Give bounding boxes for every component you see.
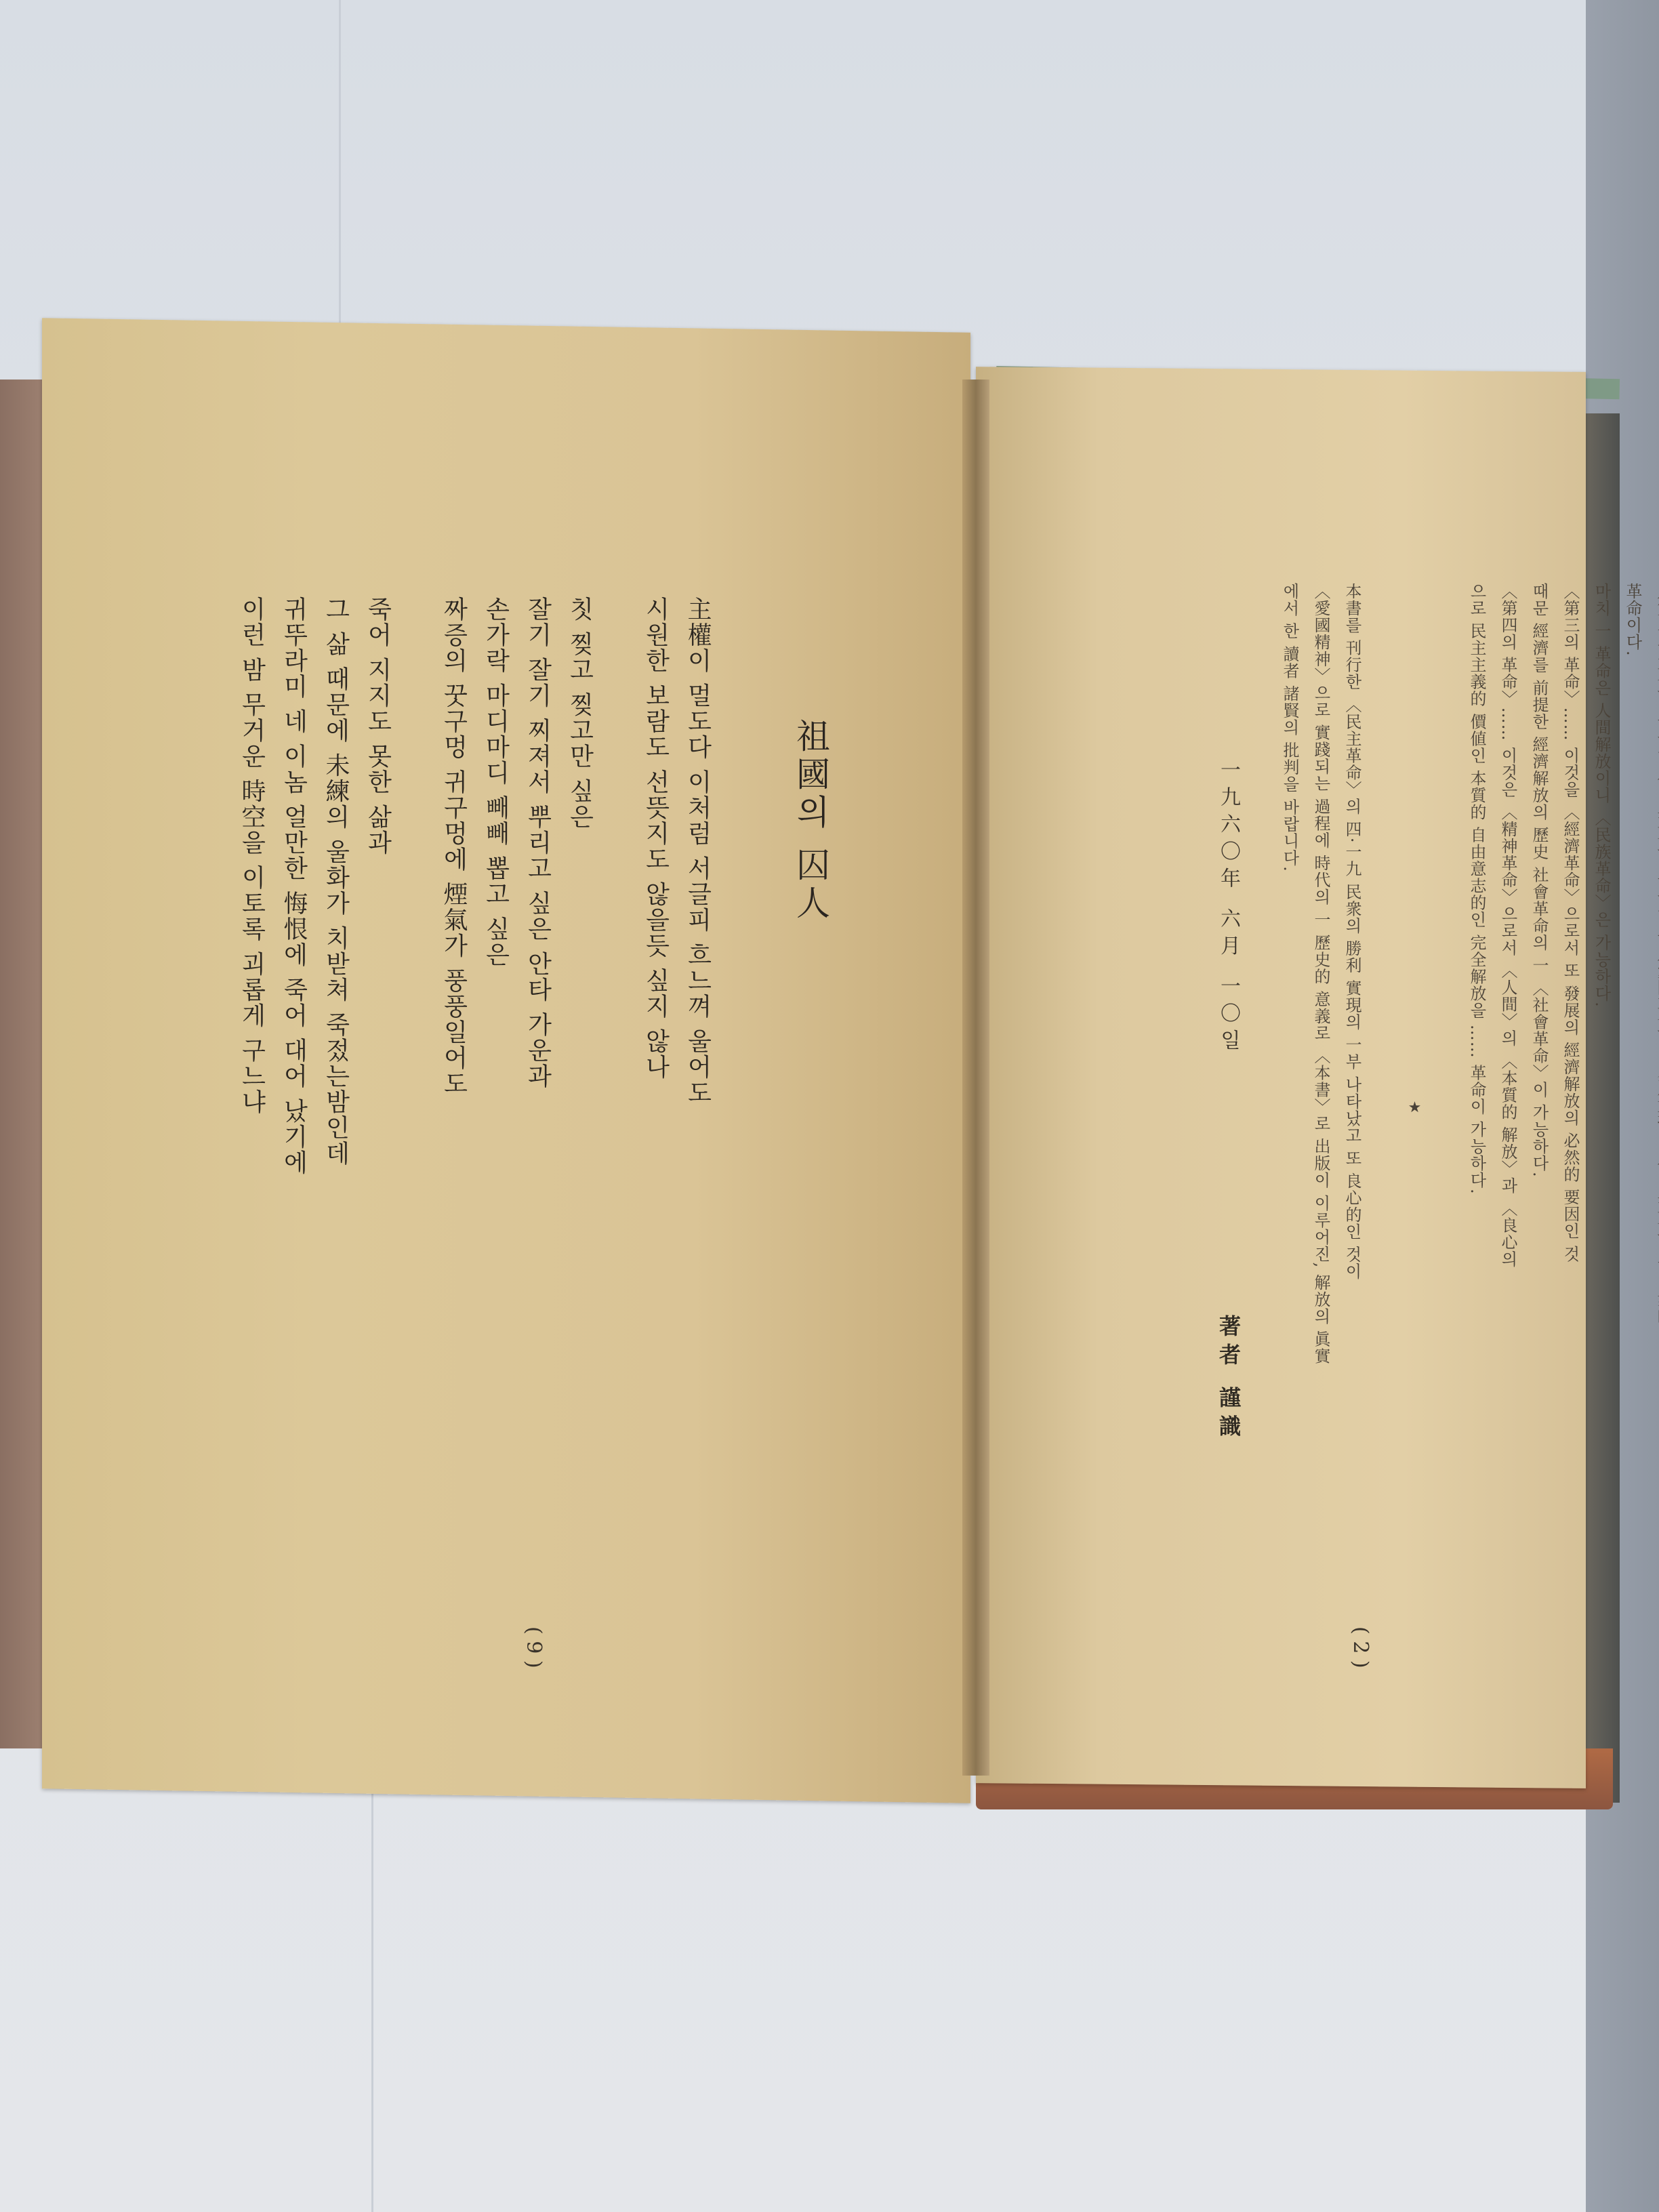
poem-line: 시원한 보람도 선뜻지도 않을듯 싶지 않나 — [634, 596, 676, 1410]
book-gutter — [962, 380, 989, 1776]
stanza-break — [398, 596, 432, 1410]
stanza-break — [600, 596, 634, 1410]
poem-line: 이런 밤 무거운 時空을 이토록 괴롭게 구느냐 — [230, 596, 272, 1410]
poem-line: 귀뚜라미 네 이놈 얼만한 悔恨에 죽어 대어 났기에 — [272, 596, 314, 1410]
preface-line: 〈第三의 革命〉…… 이것을 〈經濟革命〉으로서 또 發展의 經濟解放의 必然的… — [1555, 583, 1586, 1633]
poem-line: 主權이 멀도다 이처럼 서글피 흐느껴 울어도 — [676, 596, 718, 1410]
preface-line: 〈愛國精神〉으로 實踐되는 過程에 時代의 一 歷史的 意義로 〈本書〉로 出版… — [1305, 583, 1336, 1633]
poem-line: 손가락 마디마디 빼빼 뽑고 싶은 — [474, 596, 516, 1410]
preface-line: 에서 한 讀者 諸賢의 批判을 바랍니다. — [1274, 583, 1305, 1633]
page-number-left: ( 9 ) — [522, 1626, 546, 1668]
poem-line: 잘기 잘기 찌져서 뿌리고 싶은 안타 가운과 — [516, 596, 558, 1410]
poem-body: 主權이 멀도다 이처럼 서글피 흐느껴 울어도시원한 보람도 선뜻지도 않을듯 … — [230, 596, 718, 1410]
page-number-right: ( 2 ) — [1349, 1626, 1372, 1668]
poem-line: 그 삶 때문에 未練의 울화가 치받쳐 죽젔는밤인데 — [314, 596, 356, 1410]
poem-line: 칫 찢고 찢고만 싶은 — [558, 596, 600, 1410]
poem-line: 죽어 지지도 못한 삶과 — [356, 596, 398, 1410]
preface-signature: 著者 謹識 — [1213, 1315, 1244, 1443]
preface-line: 마치 一 革命은 人間解放이니 〈民族革命〉은 가능하다. — [1586, 583, 1617, 1633]
star-separator-icon: ★ — [1399, 583, 1430, 1633]
preface-date: 一九六〇年 六月 一〇일 — [1213, 759, 1243, 1057]
paragraph-gap — [1430, 583, 1461, 1633]
table-seam — [339, 0, 341, 352]
preface-line: 〈第四의 革命〉…… 이것은 〈精神革命〉으로서 〈人間〉의 〈本質的 解放〉과… — [1492, 583, 1523, 1633]
poem-title: 祖國의 囚人 — [786, 718, 835, 923]
preface-line: 때문 經濟를 前提한 經濟解放의 歷史 社會革命의 一 〈社會革命〉이 가능하다… — [1523, 583, 1555, 1633]
preface-line: 革命이다. — [1617, 583, 1648, 1633]
preface-line: 本書를 刊行한 〈民主革命〉의 四·一九 民衆의 勝利 實現의 一부 나타났고 … — [1336, 583, 1368, 1633]
preface-body: 〈第二의 革命〉으로서 〈民主革命〉으로서 또 〈愛國革命〉이 發生 理由 〈民… — [1274, 583, 1659, 1633]
paragraph-gap — [1368, 583, 1399, 1633]
preface-line: 으로 民主主義的 價値인 本質的 自由意志的인 完全解放을 …… 革命이 가능하… — [1461, 583, 1492, 1633]
preface-line: 〈第二의 革命〉으로서 〈民主革命〉으로서 또 〈愛國革命〉이 發生 理由 〈民… — [1648, 583, 1659, 1633]
table-seam — [371, 1789, 373, 2212]
poem-line: 짜증의 꿋구멍 귀구멍에 煙氣가 풍풍일어도 — [432, 596, 474, 1410]
